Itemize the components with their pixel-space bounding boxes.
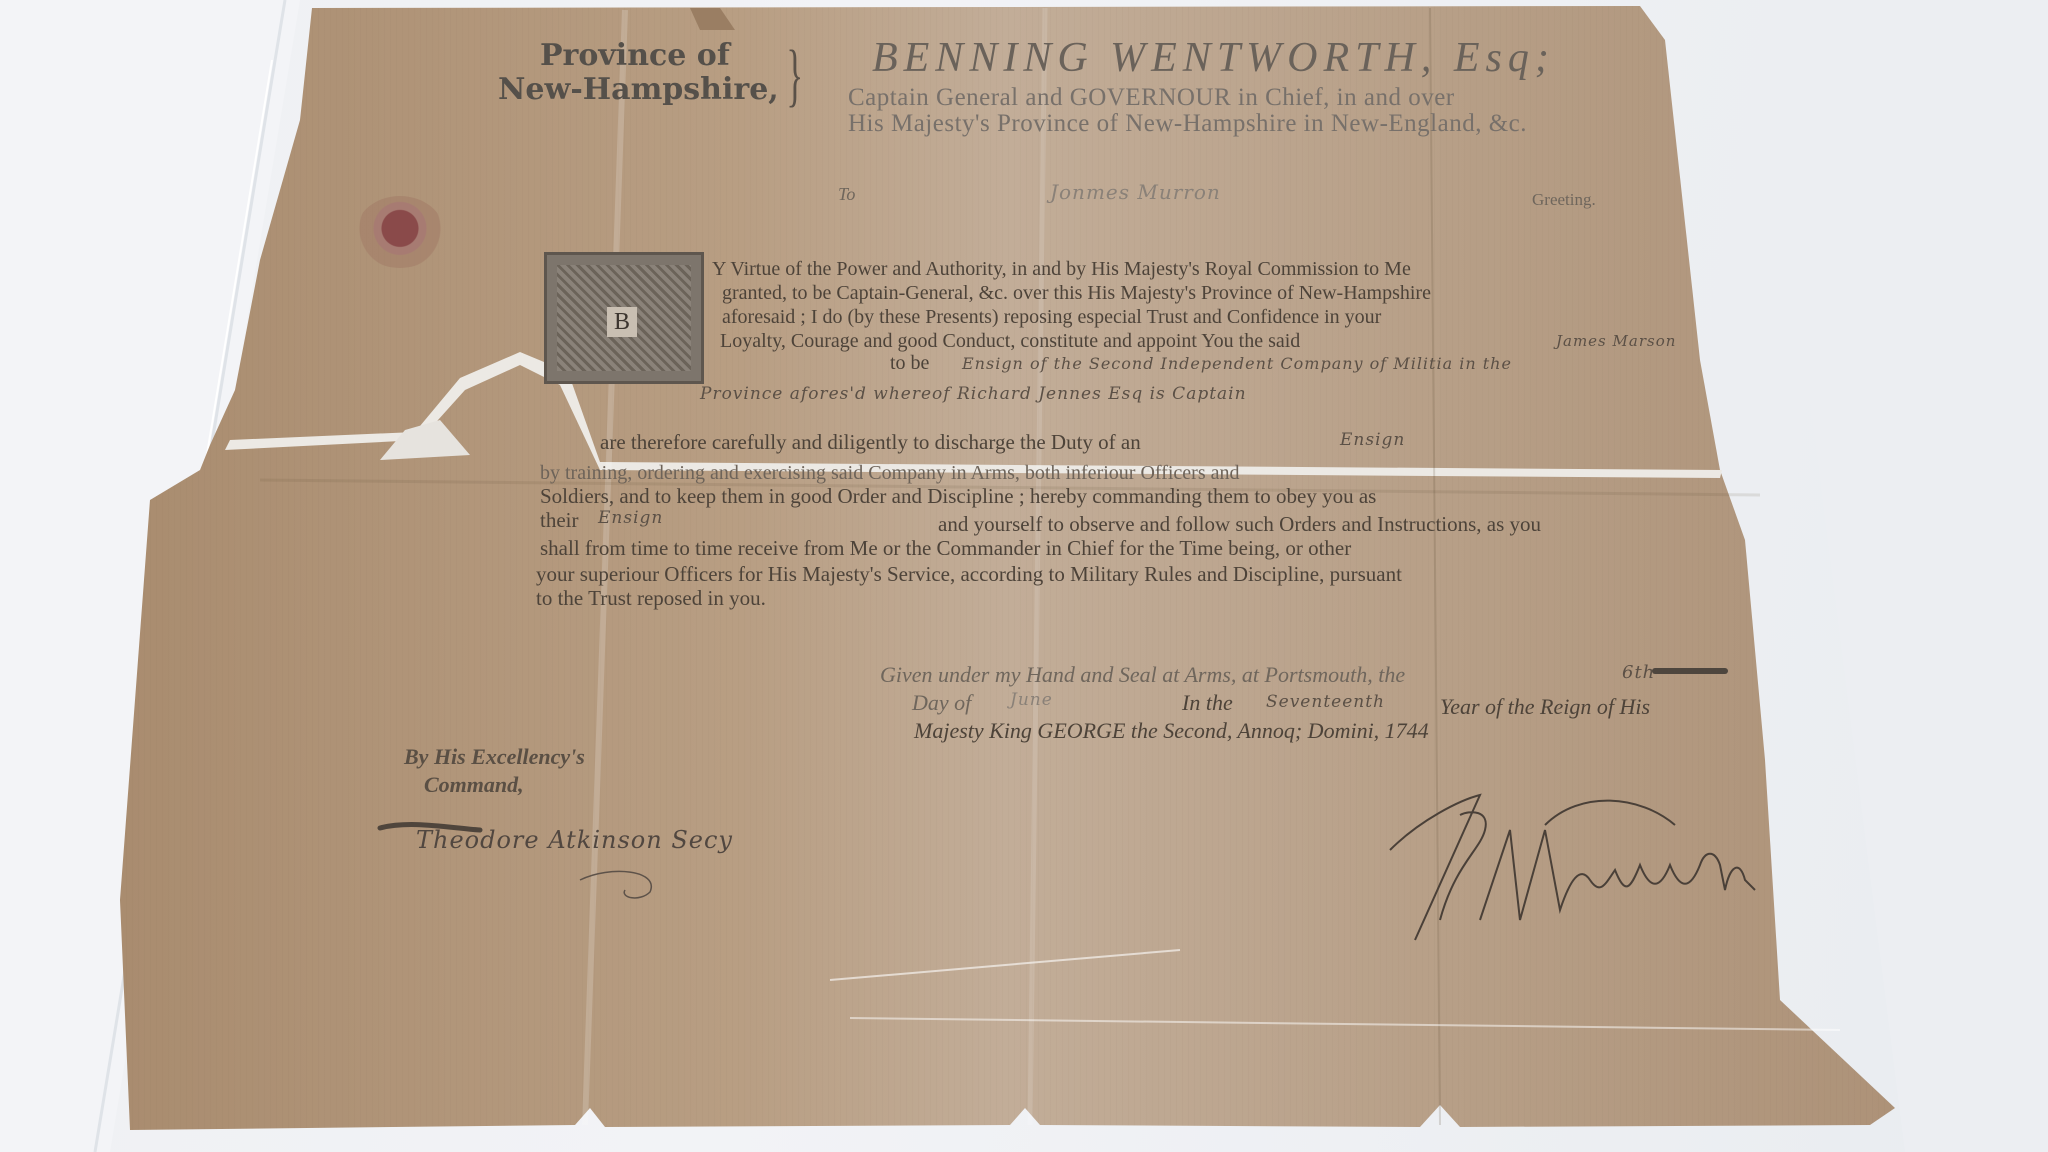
issuer-name: BENNING WENTWORTH, Esq;: [872, 34, 1555, 82]
drop-cap-letter: B: [607, 307, 637, 337]
province-label-line1: Province of: [540, 38, 730, 73]
wax-seal-remnant: [356, 196, 444, 268]
body-line-7-printed: are therefore carefully and diligently t…: [600, 430, 1141, 455]
body-line-5-printed: to be: [890, 352, 929, 375]
issuer-jurisdiction: His Majesty's Province of New-Hampshire …: [848, 110, 1527, 138]
dating-line-2-printed-b: In the: [1182, 690, 1233, 716]
body-line-10-printed-b: and yourself to observe and follow such …: [938, 512, 1541, 537]
dash-mark: [1652, 668, 1728, 674]
attestation-line-2: Command,: [424, 772, 524, 798]
dating-line-1-printed: Given under my Hand and Seal at Arms, at…: [880, 662, 1405, 688]
dating-line-3: Majesty King GEORGE the Second, Annoq; D…: [914, 718, 1429, 744]
body-line-9: Soldiers, and to keep them in good Order…: [540, 484, 1376, 509]
dating-line-2-printed-c: Year of the Reign of His: [1440, 694, 1650, 720]
body-line-11: shall from time to time receive from Me …: [540, 536, 1351, 561]
regnal-year-handwritten: Seventeenth: [1266, 692, 1385, 712]
their-rank-handwritten: Ensign: [598, 508, 663, 528]
secretary-flourish: [370, 810, 730, 900]
body-line-1: Y Virtue of the Power and Authority, in …: [712, 258, 1411, 281]
body-line-12: your superiour Officers for His Majesty'…: [536, 562, 1402, 587]
to-label: To: [838, 184, 855, 205]
issuer-title: Captain General and GOVERNOUR in Chief, …: [848, 84, 1455, 112]
province-captain-handwritten: Province afores'd whereof Richard Jennes…: [700, 384, 1247, 404]
governor-signature: B Wentworth: [1360, 770, 1800, 960]
body-line-3: aforesaid ; I do (by these Presents) rep…: [722, 306, 1381, 329]
day-handwritten: 6th: [1622, 662, 1655, 683]
body-line-13: to the Trust reposed in you.: [536, 586, 766, 611]
rank-assignment-handwritten: Ensign of the Second Independent Company…: [962, 354, 1512, 373]
dating-line-2-printed-a: Day of: [912, 690, 971, 716]
recipient-handwritten: Jonmes Murron: [1050, 180, 1221, 204]
province-label-line2: New-Hampshire,: [498, 72, 779, 107]
body-line-10-printed-a: their: [540, 508, 578, 533]
body-line-4-printed: Loyalty, Courage and good Conduct, const…: [720, 330, 1300, 353]
body-line-2: granted, to be Captain-General, &c. over…: [722, 282, 1431, 305]
attestation-line-1: By His Excellency's: [404, 744, 585, 770]
greeting-label: Greeting.: [1532, 190, 1596, 210]
duty-rank-handwritten: Ensign: [1340, 430, 1405, 450]
woodcut-drop-cap: B: [544, 252, 704, 384]
body-line-8: by training, ordering and exercising sai…: [540, 462, 1239, 485]
bracket-glyph: }: [786, 36, 803, 116]
month-handwritten: June: [1010, 690, 1053, 710]
appointee-name-handwritten: James Marson: [1556, 332, 1676, 350]
